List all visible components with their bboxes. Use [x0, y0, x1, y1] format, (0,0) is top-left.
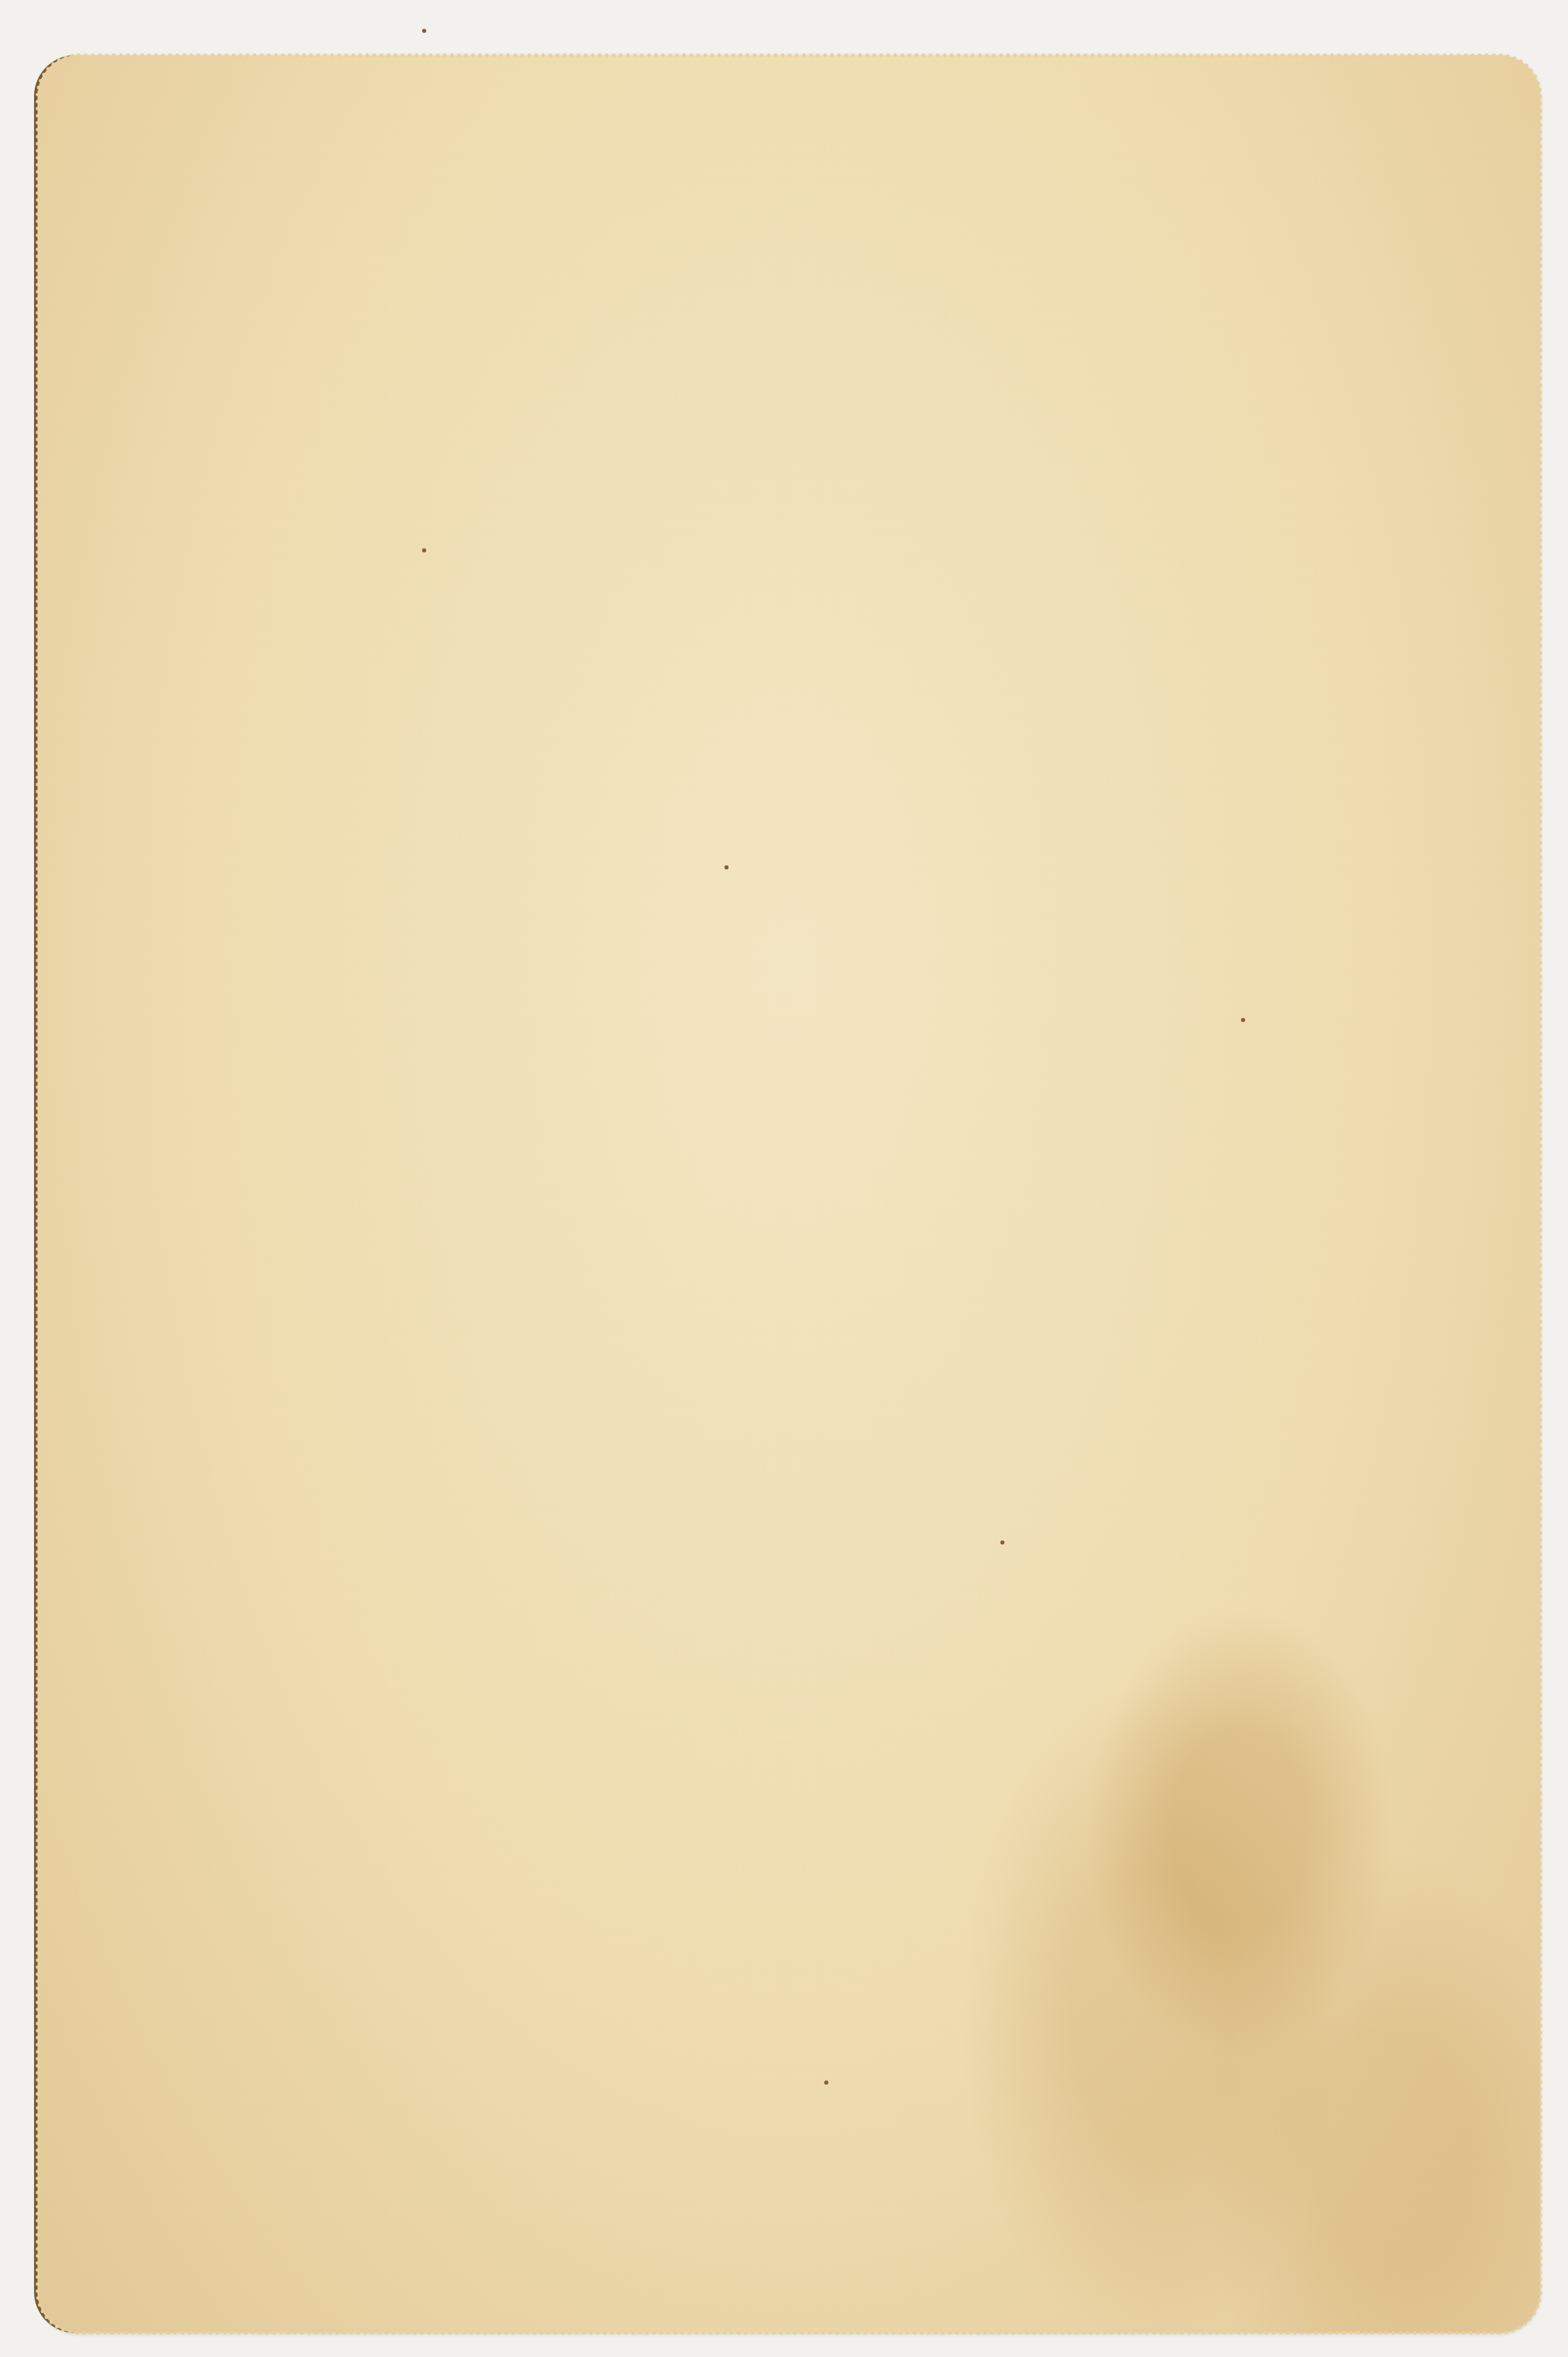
speck [422, 548, 426, 552]
speck [1000, 1540, 1004, 1545]
speck [1241, 1018, 1245, 1022]
speck [724, 865, 729, 869]
antique-card-back [38, 55, 1540, 2333]
speck [824, 2081, 828, 2085]
speck [422, 29, 426, 33]
